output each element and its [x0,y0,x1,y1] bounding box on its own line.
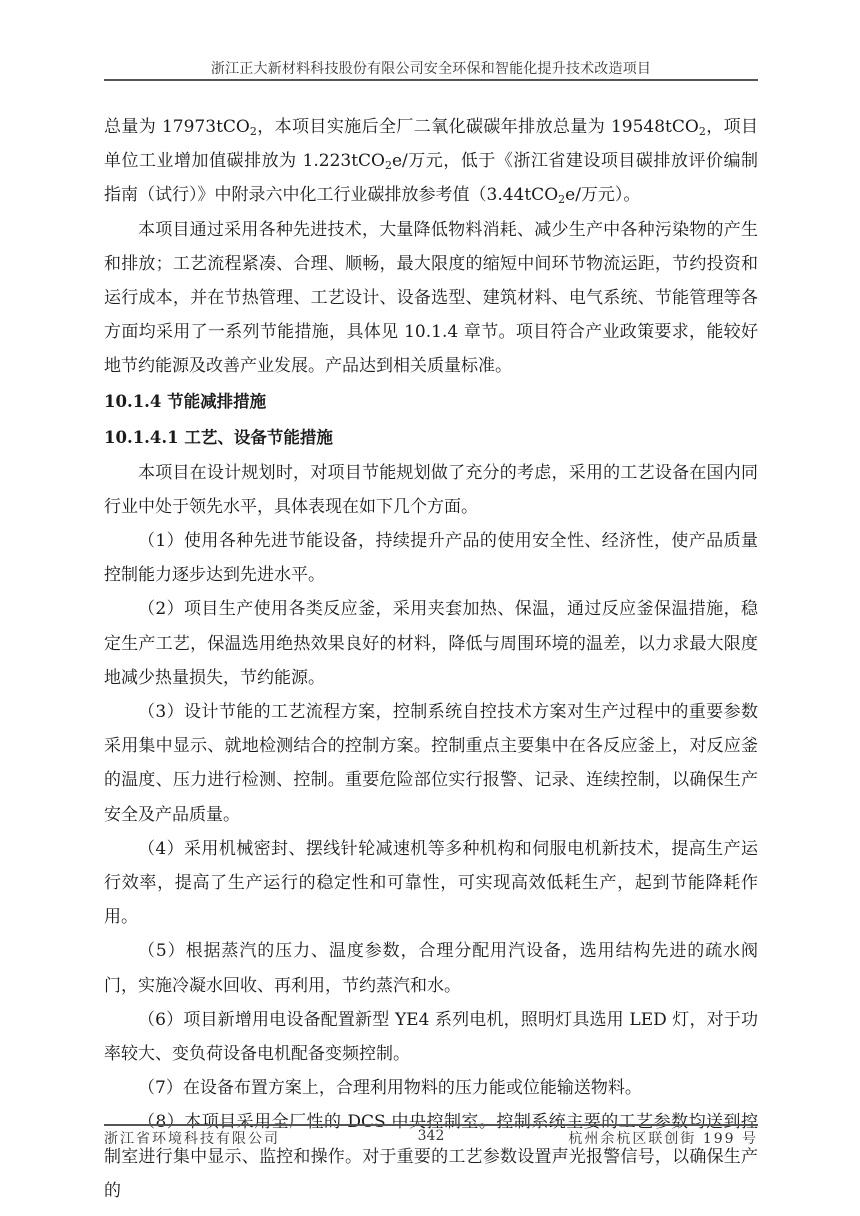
list-item: （4）采用机械密封、摆线针轮减速机等多种机构和伺服电机新技术，提高生产运行效率，… [104,832,758,935]
list-item: （3）设计节能的工艺流程方案，控制系统自控技术方案对生产过程中的重要参数采用集中… [104,695,758,832]
list-item: （5）根据蒸汽的压力、温度参数，合理分配用汽设备，选用结构先进的疏水阀门，实施冷… [104,934,758,1002]
footer-rule [104,1124,758,1126]
list-item: （1）使用各种先进节能设备，持续提升产品的使用安全性、经济性，使产品质量控制能力… [104,524,758,592]
list-item: （2）项目生产使用各类反应釜，采用夹套加热、保温，通过反应釜保温措施，稳定生产工… [104,592,758,695]
subsection-heading: 10.1.4.1 工艺、设备节能措施 [104,420,758,456]
paragraph-carbon-emission: 总量为 17973tCO2，本项目实施后全厂二氧化碳碳年排放总量为 19548t… [104,110,758,213]
section-heading: 10.1.4 节能减排措施 [104,384,758,420]
paragraph-summary: 本项目通过采用各种先进技术，大量降低物料消耗、减少生产中各种污染物的产生和排放；… [104,213,758,384]
paragraph-intro: 本项目在设计规划时，对项目节能规划做了充分的考虑，采用的工艺设备在国内同行业中处… [104,456,758,524]
page-header-title: 浙江正大新材料科技股份有限公司安全环保和智能化提升技术改造项目 [104,58,758,78]
list-item: （6）项目新增用电设备配置新型 YE4 系列电机，照明灯具选用 LED 灯，对于… [104,1003,758,1071]
footer-address: 杭州余杭区联创街 199 号 [568,1128,758,1148]
header-rule [104,79,758,81]
list-item: （8）本项目采用全厂性的 DCS 中央控制室。控制系统主要的工艺参数均送到控制室… [104,1105,758,1208]
list-item: （7）在设备布置方案上，合理利用物料的压力能或位能输送物料。 [104,1071,758,1105]
document-body: 总量为 17973tCO2，本项目实施后全厂二氧化碳碳年排放总量为 19548t… [104,110,758,1208]
